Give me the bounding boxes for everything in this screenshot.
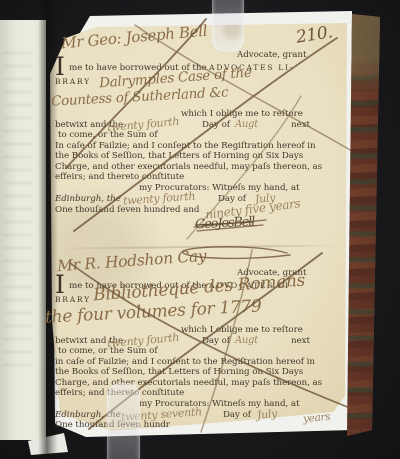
drop-cap-initial: I <box>55 272 65 297</box>
day-of-label: Day of <box>202 337 230 346</box>
failzie-line3: Charge, and other executorials needful, … <box>55 163 322 172</box>
borrowing-receipt-1: Mr Geo: Joseph Bell Advocate, grant I me… <box>55 28 327 250</box>
advocate-grant-text: Advocate, grant <box>237 51 306 60</box>
day-of-label: Day of <box>202 121 230 130</box>
failzie-line1: In caſe of Failzie; and I conſent to the… <box>55 142 316 151</box>
borrower-name-handwritten: Mr R. Hodshon Cay <box>57 247 207 275</box>
brary-caps: BRARY <box>55 296 91 304</box>
edinburgh-label: Edinburgh, the <box>55 195 121 204</box>
restore-line: which I oblige me to reſtore <box>181 110 303 119</box>
signature-scribbled-out: GeoJosBell <box>195 214 255 232</box>
sum-line: to come, or the Sum of <box>58 347 158 356</box>
borrowing-receipt-2: Mr R. Hodshon Cay Advocate, grant I me t… <box>55 252 327 434</box>
facing-page-showthrough-text <box>3 45 33 375</box>
book-title-handwritten-line2: Countess of Sutherland &c <box>51 84 229 109</box>
failzie-line1: in caſe of Failzie; and I conſent to the… <box>55 358 315 367</box>
failzie-line2: the Books of Seſſion, that Letters of Ho… <box>55 152 303 161</box>
return-month-handwritten: Augt <box>235 335 258 346</box>
sum-line: to come, or the Sum of <box>58 131 158 140</box>
signed-month-handwritten: July <box>256 407 277 422</box>
return-month-handwritten: Augt <box>235 119 258 130</box>
signed-extra-handwritten: years <box>303 411 331 425</box>
failzie-line2: the Books of Seſſion, that Letters of Ho… <box>55 368 303 377</box>
day-of-label: Day of <box>223 411 251 420</box>
next-label: next <box>291 337 310 346</box>
page-holder-clip-bottom <box>107 383 140 459</box>
next-label: next <box>291 121 310 130</box>
page-holder-clip-top <box>212 0 244 52</box>
restore-line: which I oblige me to reſtore <box>181 326 303 335</box>
photographed-book-page: 210. Mr Geo: Joseph Bell Advocate, grant… <box>0 0 400 459</box>
year-printed: One thouſand ſeven hundred and <box>55 206 199 215</box>
failzie-line3: Charge, and other executorials needful, … <box>55 379 322 388</box>
brary-caps: BRARY <box>55 78 91 86</box>
drop-cap-initial: I <box>55 54 65 79</box>
failzie-line4: effeirs; and thereto conſtitute <box>55 173 184 182</box>
